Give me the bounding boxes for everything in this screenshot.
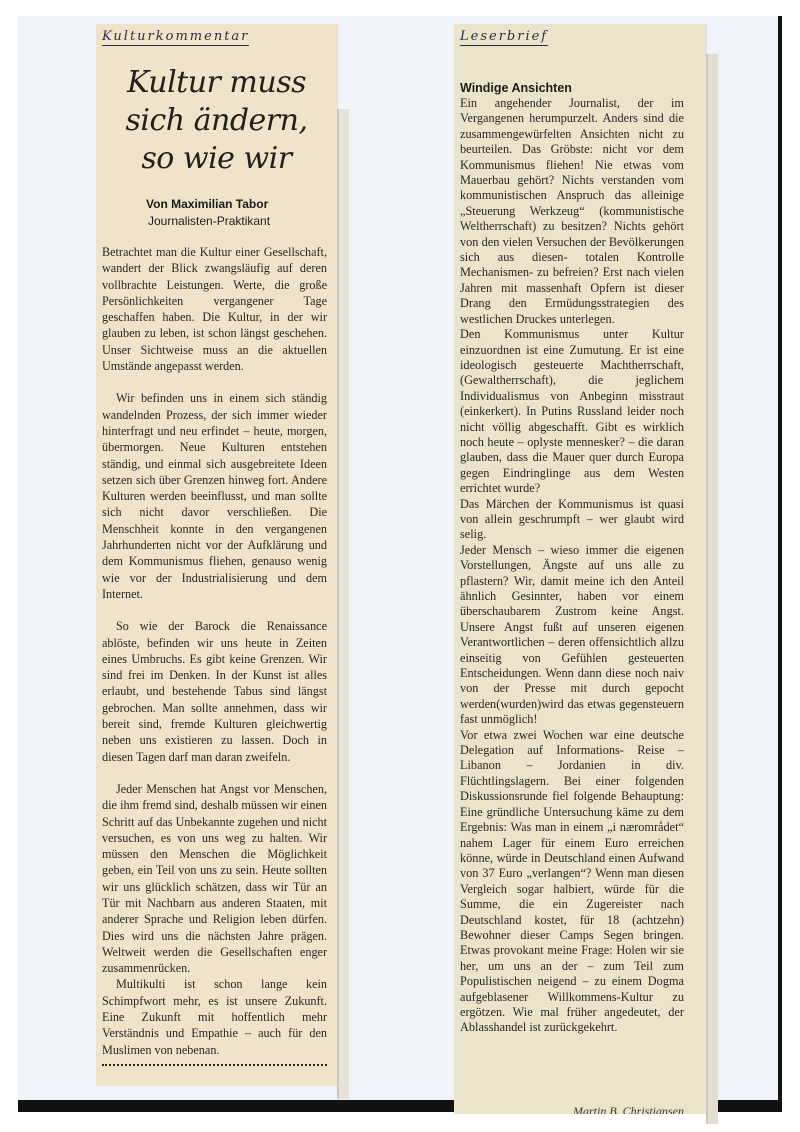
article-clipping-leserbrief: Leserbrief Windige Ansichten Ein angehen… [454, 24, 706, 1114]
article-paragraph: Wir befinden uns in einem sich ständig w… [102, 390, 327, 602]
letter-paragraph: Vor etwa zwei Wochen war eine deutsche D… [460, 728, 684, 1036]
scanner-edge-right [778, 16, 782, 1112]
underlying-page-strip [337, 109, 349, 1099]
letter-paragraph: Ein angehender Journalist, der im Vergan… [460, 96, 684, 327]
underlying-page-strip [706, 54, 718, 1124]
article-body: Betrachtet man die Kultur einer Gesellsc… [102, 244, 327, 1066]
rubric-label: Kulturkommentar [102, 29, 249, 46]
headline-line: sich ändern, [96, 102, 337, 140]
article-paragraph: Betrachtet man die Kultur einer Gesellsc… [102, 244, 327, 374]
article-paragraph: Multikulti ist schon lange kein Schimpfw… [102, 976, 327, 1057]
article-clipping-kulturkommentar: Kulturkommentar Kultur muss sich ändern,… [96, 24, 337, 1086]
letter-signature: Martin B. Christiansen [544, 1102, 684, 1114]
headline-line: so wie wir [96, 140, 337, 178]
headline-line: Kultur muss [96, 64, 337, 102]
end-rule [102, 1064, 327, 1066]
article-headline: Kultur muss sich ändern, so wie wir [96, 64, 337, 178]
letter-body: Ein angehender Journalist, der im Vergan… [460, 96, 684, 1036]
rubric-label: Leserbrief [460, 29, 548, 46]
letter-paragraph: Den Kommunismus unter Kultur einzuordnen… [460, 327, 684, 496]
letter-paragraph: Jeder Mensch – wieso immer die eigenen V… [460, 543, 684, 728]
letter-paragraph: Das Märchen der Kommunismus ist quasi vo… [460, 497, 684, 543]
article-paragraph: So wie der Barock die Renaissance ablöst… [102, 618, 327, 765]
author-role: Journalisten-Praktikant [146, 213, 270, 230]
letter-title: Windige Ansichten [460, 81, 572, 95]
article-paragraph: Jeder Menschen hat Angst vor Menschen, d… [102, 781, 327, 977]
byline: Von Maximilian Tabor Journalisten-Prakti… [146, 196, 270, 230]
author-name: Von Maximilian Tabor [146, 196, 270, 213]
